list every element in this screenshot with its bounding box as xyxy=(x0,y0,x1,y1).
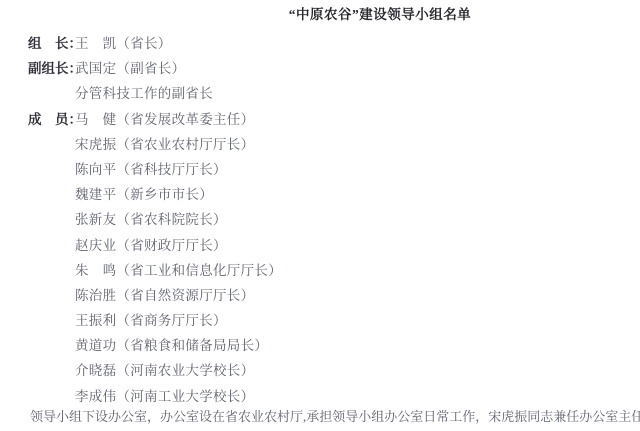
row-text: 马 健（省发展改革委主任） xyxy=(75,112,254,127)
row-text: 赵庆业（省财政厅厅长） xyxy=(75,238,227,253)
row-text: 王振利（省商务厅厅长） xyxy=(75,313,227,328)
document-page: “中原农谷”建设领导小组名单 组 长：王 凯（省长） 副组长：武国定（副省长） … xyxy=(0,0,640,431)
roster-row-member: 张新友（省农科院院长） xyxy=(28,211,608,236)
row-text: 张新友（省农科院院长） xyxy=(75,212,227,227)
roster-row-member: 魏建平（新乡市市长） xyxy=(28,186,608,211)
document-title: “中原农谷”建设领导小组名单 xyxy=(0,7,640,23)
row-text: 王 凯（省长） xyxy=(75,36,172,51)
roster-row-deputy-note: 分管科技工作的副省长 xyxy=(28,85,608,110)
roster-row-member: 黄道功（省粮食和储备局局长） xyxy=(28,337,608,362)
roster-row-member: 宋虎振（省农业农村厅厅长） xyxy=(28,136,608,161)
roster-row-leader: 组 长：王 凯（省长） xyxy=(28,35,608,60)
row-text: 宋虎振（省农业农村厅厅长） xyxy=(75,137,254,152)
row-label: 副组长： xyxy=(28,60,75,77)
row-text: 陈治胜（省自然资源厅厅长） xyxy=(75,288,254,303)
row-text: 分管科技工作的副省长 xyxy=(75,86,213,101)
row-text: 陈向平（省科技厅厅长） xyxy=(75,162,227,177)
roster-list: 组 长：王 凯（省长） 副组长：武国定（副省长） 分管科技工作的副省长 成 员：… xyxy=(28,35,608,413)
footer-paragraph: 领导小组下设办公室，办公室设在省农业农村厅,承担领导小组办公室日常工作，宋虎振同… xyxy=(30,408,634,425)
roster-row-member: 王振利（省商务厅厅长） xyxy=(28,312,608,337)
row-text: 李成伟（河南工业大学校长） xyxy=(75,389,254,404)
roster-row-member: 陈治胜（省自然资源厅厅长） xyxy=(28,287,608,312)
roster-row-member: 成 员：马 健（省发展改革委主任） xyxy=(28,111,608,136)
row-text: 魏建平（新乡市市长） xyxy=(75,187,213,202)
row-label: 组 长： xyxy=(28,35,75,52)
roster-row-member: 赵庆业（省财政厅厅长） xyxy=(28,237,608,262)
row-text: 武国定（副省长） xyxy=(75,61,185,76)
row-text: 黄道功（省粮食和储备局局长） xyxy=(75,338,268,353)
roster-row-deputy-leader: 副组长：武国定（副省长） xyxy=(28,60,608,85)
row-text: 朱 鸣（省工业和信息化厅厅长） xyxy=(75,263,282,278)
row-text: 介晓磊（河南农业大学校长） xyxy=(75,363,254,378)
roster-row-member: 陈向平（省科技厅厅长） xyxy=(28,161,608,186)
roster-row-member: 介晓磊（河南农业大学校长） xyxy=(28,362,608,387)
row-label: 成 员： xyxy=(28,111,75,128)
roster-row-member: 朱 鸣（省工业和信息化厅厅长） xyxy=(28,262,608,287)
